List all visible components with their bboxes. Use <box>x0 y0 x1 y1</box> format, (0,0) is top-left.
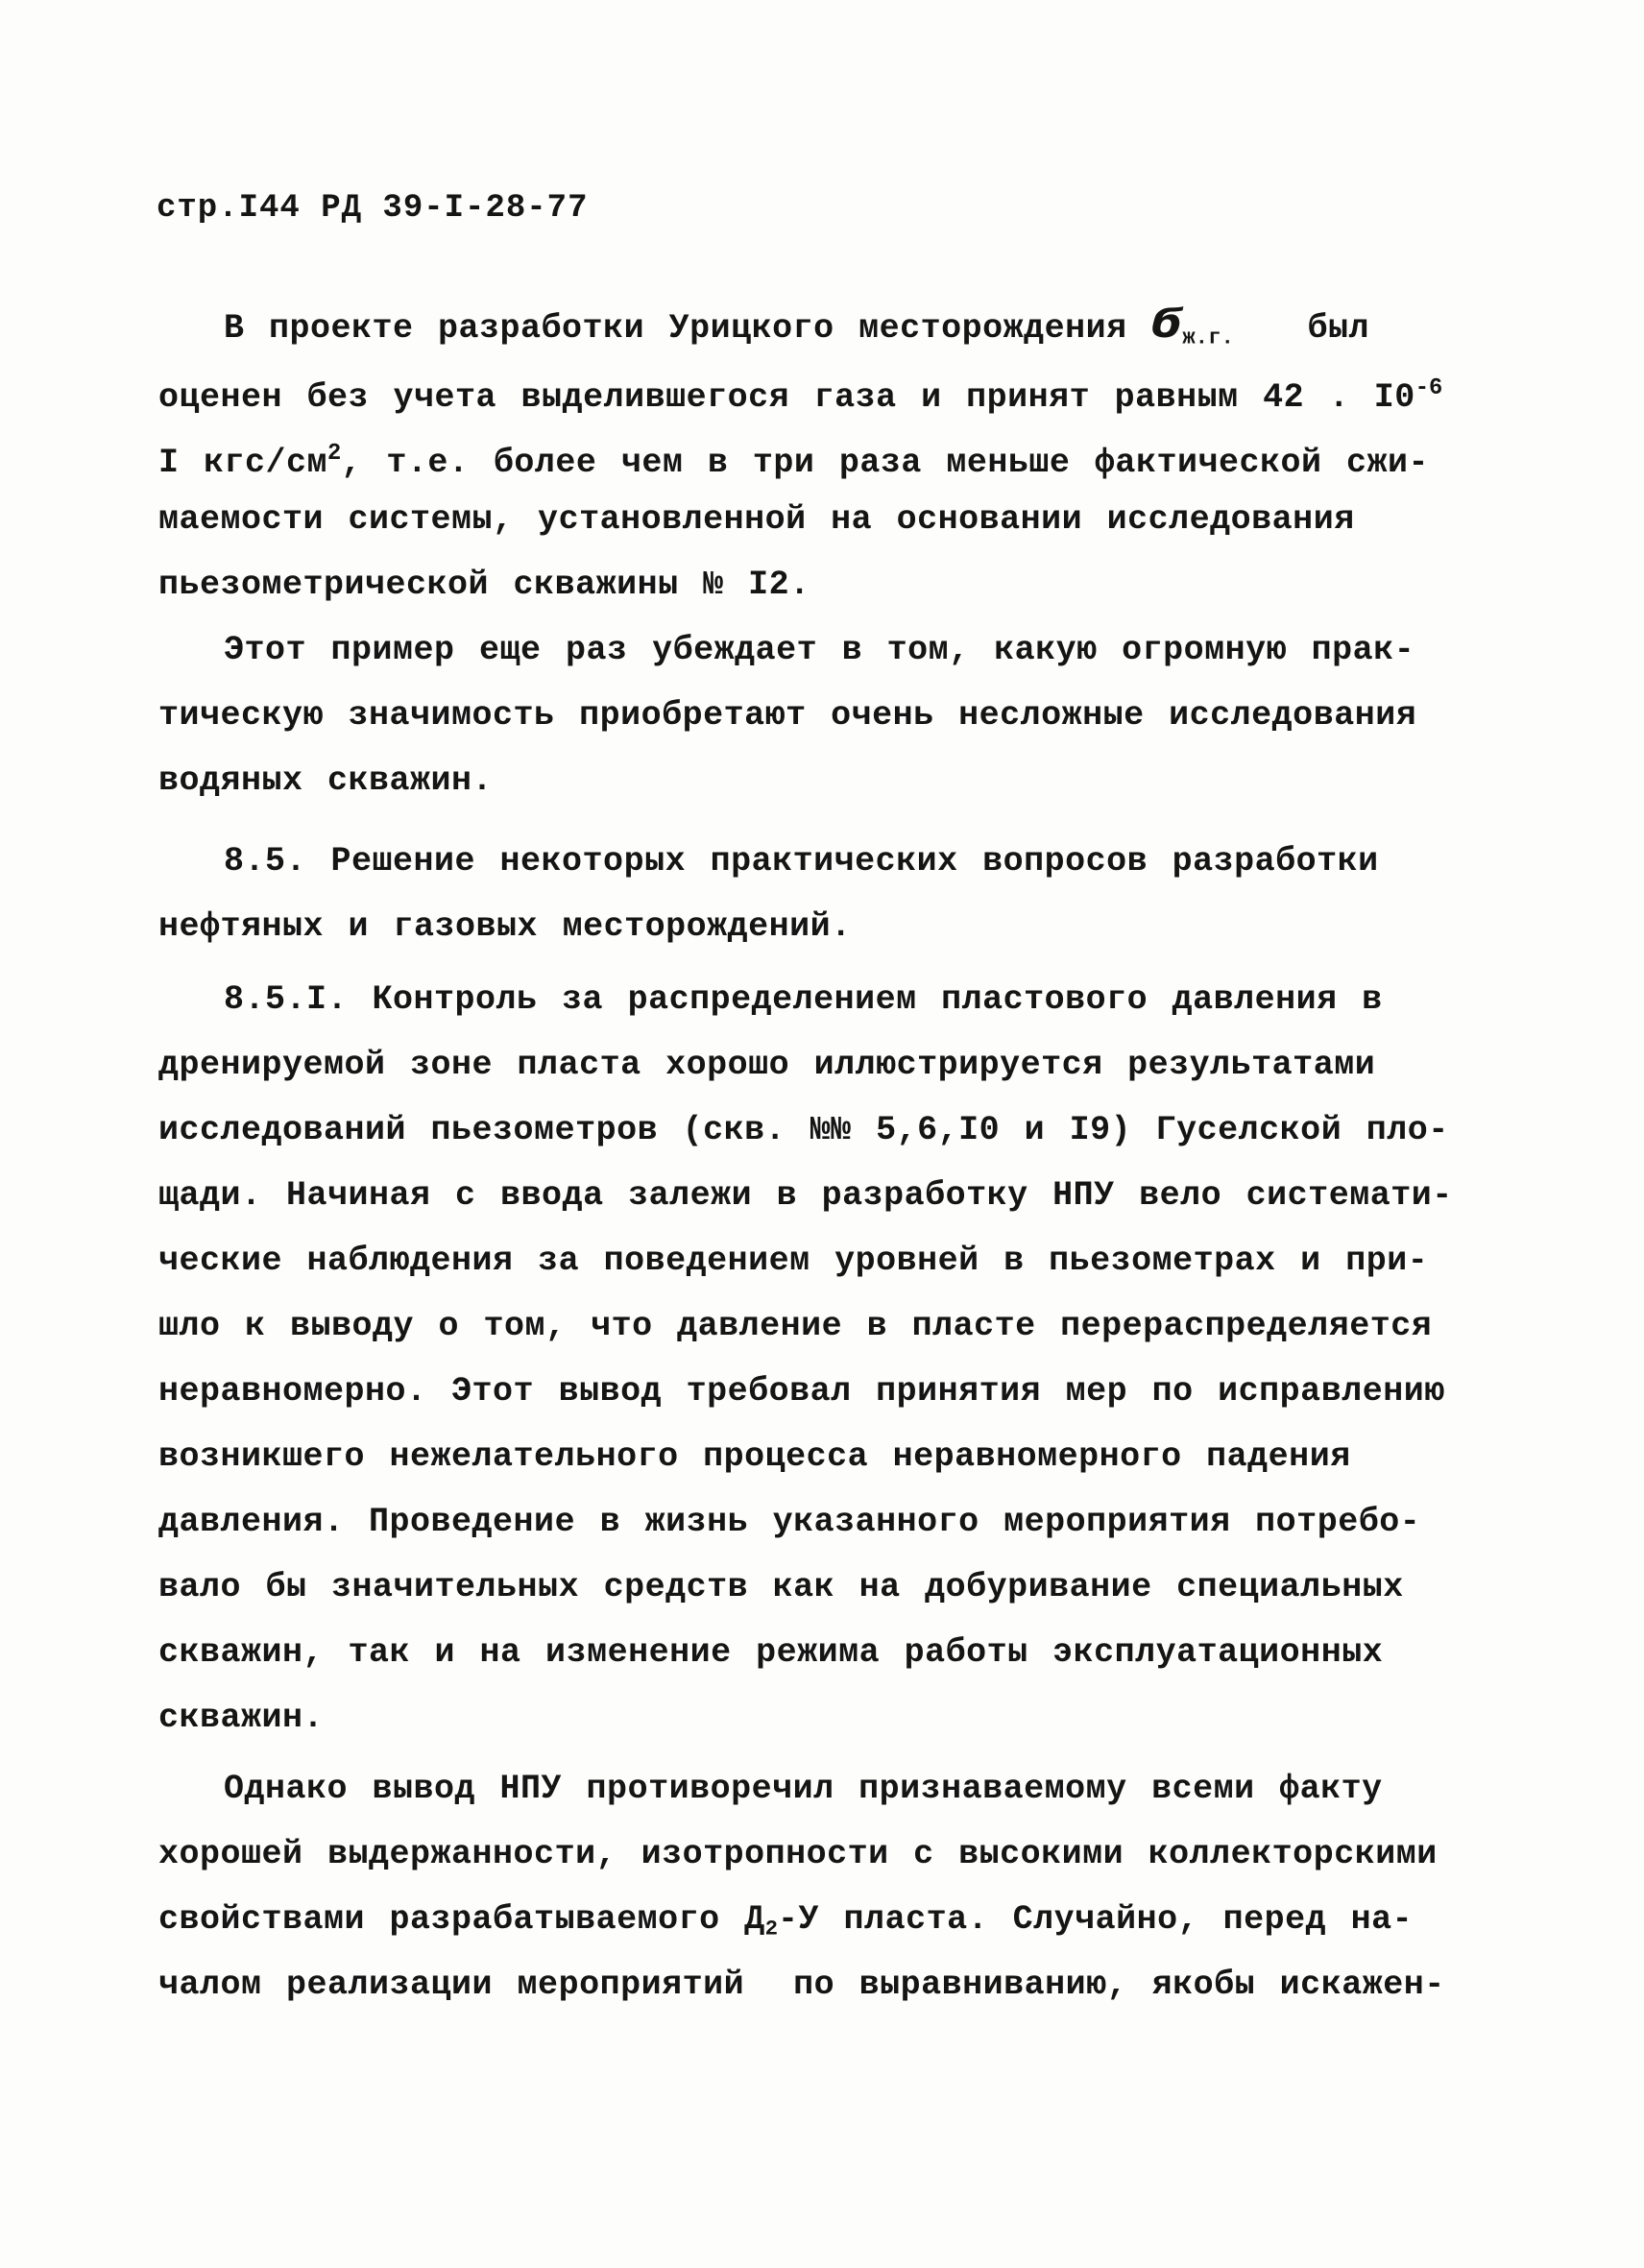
text-line: скважин. <box>158 1685 1455 1750</box>
text-run: I кгс/см <box>158 444 327 482</box>
text-line: I кгс/см2, т.е. более чем в три раза мен… <box>158 422 1455 487</box>
text-run: нефтяных и газовых месторождений. <box>158 907 852 946</box>
text-line: оценен без учета выделившегося газа и пр… <box>158 356 1455 422</box>
text-line: чалом реализации мероприятий по выравнив… <box>158 1952 1455 2017</box>
text-run: дренируемой зоне пласта хорошо иллюстрир… <box>158 1046 1375 1084</box>
text-run: был <box>1234 309 1369 348</box>
text-run: тическую значимость приобретают очень не… <box>158 696 1416 735</box>
text-run: -У пласта. Случайно, перед на- <box>778 1900 1413 1939</box>
text-run: скважин, так и на изменение режима работ… <box>158 1633 1383 1672</box>
text-run: водяных скважин. <box>158 761 493 800</box>
text-run: вало бы значительных средств как на добу… <box>158 1568 1404 1606</box>
text-run: 2 <box>327 441 341 467</box>
sigma-symbol: Ϭ <box>1151 300 1182 347</box>
text-run: , т.е. более чем в три раза меньше факти… <box>341 444 1429 482</box>
text-run: возникшего нежелательного процесса нерав… <box>158 1437 1351 1476</box>
text-run: 8.5.I. Контроль за распределением пласто… <box>224 980 1383 1019</box>
text-line: шло к выводу о том, что давление в пласт… <box>158 1293 1455 1359</box>
text-run: 2 <box>765 1916 778 1941</box>
document-page: стр.I44 РД 39-I-28-77 В проекте разработ… <box>0 0 1644 2268</box>
text-run: Однако вывод НПУ противоречил признаваем… <box>224 1770 1383 1808</box>
text-run: скважин. <box>158 1699 324 1737</box>
text-line: свойствами разрабатываемого Д2-У пласта.… <box>158 1887 1455 1952</box>
text-line: щади. Начиная с ввода залежи в разработк… <box>158 1163 1455 1228</box>
text-line: дренируемой зоне пласта хорошо иллюстрир… <box>158 1032 1455 1098</box>
text-line: водяных скважин. <box>158 748 1455 813</box>
text-line: скважин, так и на изменение режима работ… <box>158 1620 1455 1685</box>
text-line: нефтяных и газовых месторождений. <box>158 894 1455 959</box>
text-line: неравномерно. Этот вывод требовал принят… <box>158 1359 1455 1424</box>
text-run: давления. Проведение в жизнь указанного … <box>158 1503 1420 1541</box>
text-run: -6 <box>1415 375 1443 401</box>
text-run: Этот пример еще раз убеждает в том, каку… <box>224 631 1414 669</box>
text-run: ческие наблюдения за поведением уровней … <box>158 1242 1428 1280</box>
text-line: Однако вывод НПУ противоречил признаваем… <box>158 1756 1455 1822</box>
text-run: чалом реализации мероприятий по выравнив… <box>158 1966 1445 2004</box>
text-line: 8.5. Решение некоторых практических вопр… <box>158 829 1455 894</box>
text-run: В проекте разработки Урицкого месторожде… <box>224 309 1151 348</box>
text-run: шло к выводу о том, что давление в пласт… <box>158 1307 1432 1345</box>
text-line: вало бы значительных средств как на добу… <box>158 1555 1455 1620</box>
text-line: Этот пример еще раз убеждает в том, каку… <box>158 617 1455 683</box>
text-line: маемости системы, установленной на основ… <box>158 487 1455 552</box>
text-line: давления. Проведение в жизнь указанного … <box>158 1489 1455 1555</box>
text-run: неравномерно. Этот вывод требовал принят… <box>158 1372 1445 1411</box>
document-body: В проекте разработки Урицкого месторожде… <box>158 291 1455 2017</box>
text-line: 8.5.I. Контроль за распределением пласто… <box>158 967 1455 1032</box>
text-run: маемости системы, установленной на основ… <box>158 500 1355 539</box>
text-run: свойствами разрабатываемого Д <box>158 1900 765 1939</box>
text-run: ж.г. <box>1182 325 1234 350</box>
text-run: хорошей выдержанности, изотропности с вы… <box>158 1835 1438 1873</box>
text-run: пьезометрической скважины № I2. <box>158 566 810 604</box>
text-run: исследований пьезометров (скв. №№ 5,6,I0… <box>158 1111 1449 1149</box>
text-run: 8.5. Решение некоторых практических вопр… <box>224 842 1379 881</box>
page-header: стр.I44 РД 39-I-28-77 <box>157 190 588 227</box>
text-line: пьезометрической скважины № I2. <box>158 552 1455 617</box>
text-run: щади. Начиная с ввода залежи в разработк… <box>158 1176 1453 1215</box>
text-run: оценен без учета выделившегося газа и пр… <box>158 378 1415 417</box>
text-line: ческие наблюдения за поведением уровней … <box>158 1228 1455 1293</box>
text-line: хорошей выдержанности, изотропности с вы… <box>158 1822 1455 1887</box>
text-line: тическую значимость приобретают очень не… <box>158 683 1455 748</box>
text-line: возникшего нежелательного процесса нерав… <box>158 1424 1455 1489</box>
text-line: исследований пьезометров (скв. №№ 5,6,I0… <box>158 1098 1455 1163</box>
text-line: В проекте разработки Урицкого месторожде… <box>158 291 1455 356</box>
